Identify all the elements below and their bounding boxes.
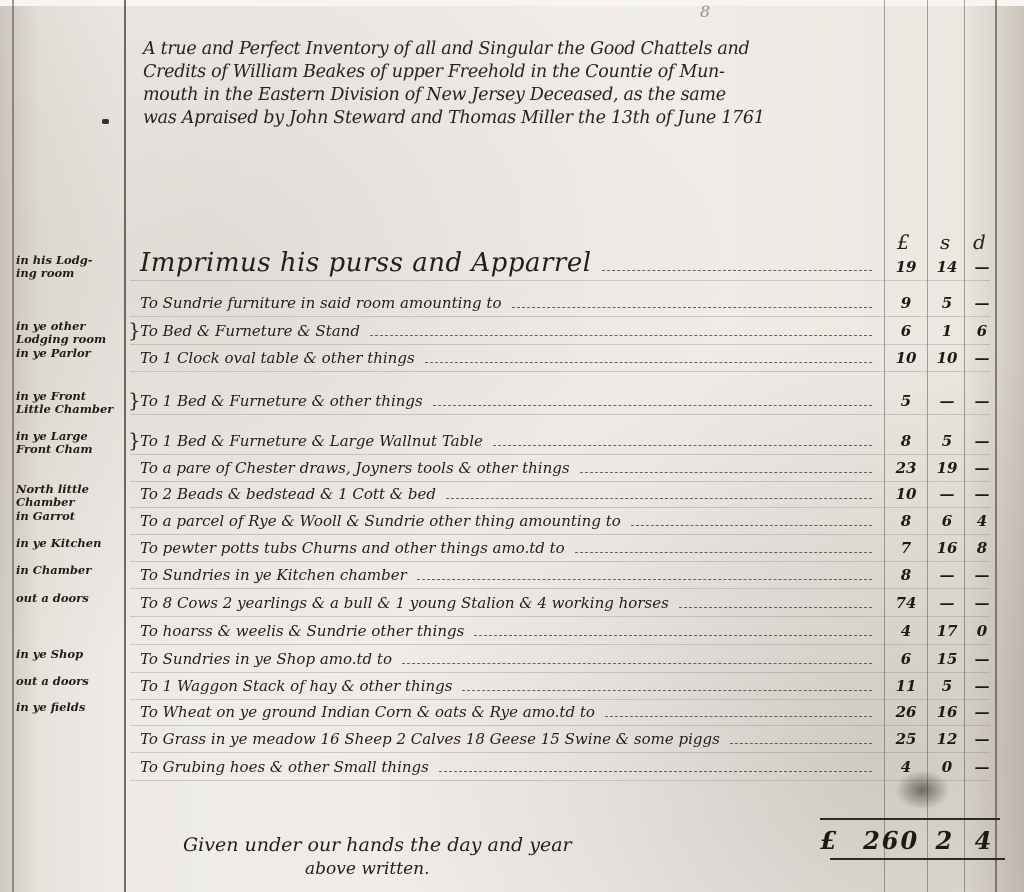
item-text: To a pare of Chester draws, Joyners tool… bbox=[140, 459, 570, 477]
ruled-line bbox=[130, 481, 990, 482]
ruled-line bbox=[130, 316, 990, 317]
amount-shillings: 17 bbox=[928, 622, 966, 640]
heading-line-1: A true and Perfect Inventory of all and … bbox=[143, 38, 993, 61]
total-currency-symbol: £ bbox=[820, 826, 839, 855]
room-label: in Chamber bbox=[16, 564, 128, 577]
room-label-line-1: out a doors bbox=[16, 592, 128, 605]
item-description: To 2 Beads & bedstead & 1 Cott & bed bbox=[140, 485, 880, 503]
ruled-line bbox=[130, 280, 990, 281]
item-description: To Bed & Furneture & Stand bbox=[140, 322, 880, 340]
room-label: in ye Kitchen bbox=[16, 537, 128, 550]
item-text: To 1 Bed & Furneture & Large Wallnut Tab… bbox=[140, 432, 483, 450]
inventory-row: To a pare of Chester draws, Joyners tool… bbox=[0, 459, 1024, 485]
amount-pence: 6 bbox=[967, 322, 997, 340]
leader-dashes bbox=[439, 771, 872, 772]
amount-pounds: 8 bbox=[885, 512, 927, 530]
amount-shillings: — bbox=[928, 485, 966, 503]
amount-shillings: 12 bbox=[928, 730, 966, 748]
item-text: Imprimus his purss and Apparrel bbox=[140, 248, 592, 278]
leader-dashes bbox=[474, 635, 872, 636]
inventory-row: out a doorsTo 8 Cows 2 yearlings & a bul… bbox=[0, 594, 1024, 620]
brace-mark: } bbox=[128, 388, 141, 412]
room-label-line-1: in ye Kitchen bbox=[16, 537, 128, 550]
amount-pounds: 4 bbox=[885, 622, 927, 640]
inventory-page-scan: 8 A true and Perfect Inventory of all an… bbox=[0, 0, 1024, 892]
amount-shillings: 16 bbox=[928, 539, 966, 557]
amount-shillings: 5 bbox=[928, 432, 966, 450]
amount-pounds: 8 bbox=[885, 432, 927, 450]
room-label-line-1: in ye Parlor bbox=[16, 347, 128, 360]
total-rule-top bbox=[820, 818, 1000, 820]
attestation-line-2: above written. bbox=[183, 857, 572, 881]
item-description: To Wheat on ye ground Indian Corn & oats… bbox=[140, 703, 880, 721]
leader-dashes bbox=[417, 579, 872, 580]
leader-dashes bbox=[446, 498, 872, 499]
ruled-line bbox=[130, 725, 990, 726]
room-label: out a doors bbox=[16, 592, 128, 605]
margin-ink-mark bbox=[102, 119, 109, 124]
amount-pounds: 9 bbox=[885, 294, 927, 312]
amount-pence: — bbox=[967, 392, 997, 410]
item-description: To 1 Bed & Furneture & other things bbox=[140, 392, 880, 410]
total-pounds: 260 bbox=[863, 826, 919, 855]
item-description: To hoarss & weelis & Sundrie other thing… bbox=[140, 622, 880, 640]
amount-pence: — bbox=[967, 677, 997, 695]
item-text: To Wheat on ye ground Indian Corn & oats… bbox=[140, 703, 595, 721]
amount-pence: — bbox=[967, 258, 997, 276]
room-label: in ye Parlor bbox=[16, 347, 128, 360]
ruled-line bbox=[130, 644, 990, 645]
item-text: To pewter potts tubs Churns and other th… bbox=[140, 539, 565, 557]
amount-shillings: 6 bbox=[928, 512, 966, 530]
room-label-line-2: Lodging room bbox=[16, 333, 128, 346]
room-label-line-2: ing room bbox=[16, 267, 128, 280]
amount-shillings: 5 bbox=[928, 294, 966, 312]
paper-top-edge bbox=[0, 0, 1024, 6]
item-text: To 1 Waggon Stack of hay & other things bbox=[140, 677, 452, 695]
inventory-row: North littleChamberTo 2 Beads & bedstead… bbox=[0, 485, 1024, 511]
inventory-row: To Sundrie furniture in said room amount… bbox=[0, 294, 1024, 320]
ruled-line bbox=[130, 344, 990, 345]
item-text: To 2 Beads & bedstead & 1 Cott & bed bbox=[140, 485, 436, 503]
ruled-line bbox=[130, 752, 990, 753]
room-label-line-1: out a doors bbox=[16, 675, 128, 688]
leader-dashes bbox=[602, 270, 872, 271]
amount-pence: — bbox=[967, 566, 997, 584]
leader-dashes bbox=[580, 472, 872, 473]
ruled-line bbox=[130, 371, 990, 372]
inventory-row: in GarrotTo a parcel of Rye & Wooll & Su… bbox=[0, 512, 1024, 538]
ruled-line bbox=[130, 507, 990, 508]
room-label-line-1: in Garrot bbox=[16, 510, 128, 523]
item-description: To Sundries in ye Kitchen chamber bbox=[140, 566, 880, 584]
inventory-row: in ye fieldsTo Wheat on ye ground Indian… bbox=[0, 703, 1024, 729]
ruled-line bbox=[130, 780, 990, 781]
amount-shillings: 15 bbox=[928, 650, 966, 668]
inventory-row: out a doorsTo 1 Waggon Stack of hay & ot… bbox=[0, 677, 1024, 703]
heading-line-2: Credits of William Beakes of upper Freeh… bbox=[143, 61, 993, 84]
item-description: To 8 Cows 2 yearlings & a bull & 1 young… bbox=[140, 594, 880, 612]
inventory-row: in ye ShopTo Sundries in ye Shop amo.td … bbox=[0, 650, 1024, 676]
amount-pounds: 26 bbox=[885, 703, 927, 721]
amount-pounds: 6 bbox=[885, 322, 927, 340]
amount-pence: 0 bbox=[967, 622, 997, 640]
inventory-row: To hoarss & weelis & Sundrie other thing… bbox=[0, 622, 1024, 648]
amount-pounds: 10 bbox=[885, 349, 927, 367]
ruled-line bbox=[130, 534, 990, 535]
heading-line-3: mouth in the Eastern Division of New Jer… bbox=[143, 84, 993, 107]
ruled-line bbox=[130, 454, 990, 455]
ruled-line bbox=[130, 699, 990, 700]
item-text: To Grubing hoes & other Small things bbox=[140, 758, 429, 776]
inventory-row: in ye ParlorTo 1 Clock oval table & othe… bbox=[0, 349, 1024, 375]
room-label: in ye Shop bbox=[16, 648, 128, 661]
item-text: To 8 Cows 2 yearlings & a bull & 1 young… bbox=[140, 594, 669, 612]
heading-line-4: was Apraised by John Steward and Thomas … bbox=[143, 107, 993, 130]
amount-pounds: 10 bbox=[885, 485, 927, 503]
inventory-row: in ye KitchenTo pewter potts tubs Churns… bbox=[0, 539, 1024, 565]
leader-dashes bbox=[493, 445, 872, 446]
leader-dashes bbox=[605, 716, 872, 717]
total-rule-bottom bbox=[830, 858, 1005, 860]
amount-pence: — bbox=[967, 349, 997, 367]
brace-mark: } bbox=[128, 318, 141, 342]
item-description: To a pare of Chester draws, Joyners tool… bbox=[140, 459, 880, 477]
page-corner-mark: 8 bbox=[700, 2, 710, 21]
room-label-line-2: Front Cham bbox=[16, 443, 128, 456]
amount-pounds: 25 bbox=[885, 730, 927, 748]
room-label-line-1: in ye fields bbox=[16, 701, 128, 714]
inventory-row: To Grass in ye meadow 16 Sheep 2 Calves … bbox=[0, 730, 1024, 756]
pounds-header: £ bbox=[897, 230, 910, 254]
amount-pence: — bbox=[967, 294, 997, 312]
item-text: To Sundries in ye Shop amo.td to bbox=[140, 650, 392, 668]
grand-total: £ 260 2 4 bbox=[820, 826, 993, 855]
room-label: in Garrot bbox=[16, 510, 128, 523]
ruled-line bbox=[130, 616, 990, 617]
amount-pounds: 8 bbox=[885, 566, 927, 584]
room-label-line-1: in ye Shop bbox=[16, 648, 128, 661]
amount-pounds: 5 bbox=[885, 392, 927, 410]
amount-shillings: 16 bbox=[928, 703, 966, 721]
pence-header: d bbox=[973, 230, 986, 254]
item-description: To Grubing hoes & other Small things bbox=[140, 758, 880, 776]
item-text: To a parcel of Rye & Wooll & Sundrie oth… bbox=[140, 512, 621, 530]
inventory-row: in ye FrontLittle Chamber}To 1 Bed & Fur… bbox=[0, 392, 1024, 418]
leader-dashes bbox=[575, 552, 872, 553]
document-heading: A true and Perfect Inventory of all and … bbox=[143, 38, 993, 130]
room-label-line-1: in Chamber bbox=[16, 564, 128, 577]
inventory-row: in ChamberTo Sundries in ye Kitchen cham… bbox=[0, 566, 1024, 592]
total-shillings: 2 bbox=[936, 826, 955, 855]
item-text: To Bed & Furneture & Stand bbox=[140, 322, 360, 340]
item-description: To 1 Clock oval table & other things bbox=[140, 349, 880, 367]
amount-shillings: — bbox=[928, 392, 966, 410]
amount-shillings: 10 bbox=[928, 349, 966, 367]
amount-pence: — bbox=[967, 703, 997, 721]
leader-dashes bbox=[730, 743, 872, 744]
amount-pence: — bbox=[967, 485, 997, 503]
room-label: in ye LargeFront Cham bbox=[16, 430, 128, 456]
inventory-row: in his Lodg-ing roomImprimus his purss a… bbox=[0, 258, 1024, 284]
ruled-line bbox=[130, 672, 990, 673]
ruled-line bbox=[130, 588, 990, 589]
inventory-row: To Grubing hoes & other Small things40— bbox=[0, 758, 1024, 784]
amount-shillings: 1 bbox=[928, 322, 966, 340]
amount-pence: — bbox=[967, 432, 997, 450]
amount-pence: 4 bbox=[967, 512, 997, 530]
room-label: out a doors bbox=[16, 675, 128, 688]
shillings-header: s bbox=[940, 230, 950, 254]
amount-pence: — bbox=[967, 459, 997, 477]
leader-dashes bbox=[462, 690, 872, 691]
item-text: To Sundrie furniture in said room amount… bbox=[140, 294, 502, 312]
room-label-line-2: Little Chamber bbox=[16, 403, 128, 416]
leader-dashes bbox=[433, 405, 872, 406]
item-text: To 1 Clock oval table & other things bbox=[140, 349, 415, 367]
amount-pounds: 74 bbox=[885, 594, 927, 612]
brace-mark: } bbox=[128, 428, 141, 452]
inventory-row: in ye LargeFront Cham}To 1 Bed & Furnetu… bbox=[0, 432, 1024, 458]
amount-pounds: 6 bbox=[885, 650, 927, 668]
total-pence: 4 bbox=[975, 826, 994, 855]
room-label: North littleChamber bbox=[16, 483, 128, 509]
room-label: in ye FrontLittle Chamber bbox=[16, 390, 128, 416]
item-description: To Sundries in ye Shop amo.td to bbox=[140, 650, 880, 668]
amount-shillings: 19 bbox=[928, 459, 966, 477]
item-text: To hoarss & weelis & Sundrie other thing… bbox=[140, 622, 464, 640]
attestation: Given under our hands the day and year a… bbox=[183, 833, 572, 881]
room-label: in ye otherLodging room bbox=[16, 320, 128, 346]
ruled-line bbox=[130, 561, 990, 562]
item-text: To Sundries in ye Kitchen chamber bbox=[140, 566, 407, 584]
amount-pence: — bbox=[967, 650, 997, 668]
inventory-row: in ye otherLodging room}To Bed & Furnetu… bbox=[0, 322, 1024, 348]
amount-pounds: 7 bbox=[885, 539, 927, 557]
ink-blot bbox=[895, 770, 950, 810]
leader-dashes bbox=[370, 335, 872, 336]
item-description: To a parcel of Rye & Wooll & Sundrie oth… bbox=[140, 512, 880, 530]
room-label: in ye fields bbox=[16, 701, 128, 714]
amount-pounds: 19 bbox=[885, 258, 927, 276]
leader-dashes bbox=[679, 607, 872, 608]
item-description: To 1 Bed & Furneture & Large Wallnut Tab… bbox=[140, 432, 880, 450]
ruled-line bbox=[130, 414, 990, 415]
amount-pence: — bbox=[967, 758, 997, 776]
leader-dashes bbox=[512, 307, 873, 308]
leader-dashes bbox=[402, 663, 872, 664]
amount-shillings: 5 bbox=[928, 677, 966, 695]
item-text: To Grass in ye meadow 16 Sheep 2 Calves … bbox=[140, 730, 720, 748]
amount-pounds: 23 bbox=[885, 459, 927, 477]
item-description: To Sundrie furniture in said room amount… bbox=[140, 294, 880, 312]
amount-shillings: 14 bbox=[928, 258, 966, 276]
item-text: To 1 Bed & Furneture & other things bbox=[140, 392, 423, 410]
leader-dashes bbox=[631, 525, 872, 526]
amount-shillings: — bbox=[928, 594, 966, 612]
leader-dashes bbox=[425, 362, 872, 363]
item-description: To Grass in ye meadow 16 Sheep 2 Calves … bbox=[140, 730, 880, 748]
item-description: To 1 Waggon Stack of hay & other things bbox=[140, 677, 880, 695]
amount-shillings: — bbox=[928, 566, 966, 584]
item-description: Imprimus his purss and Apparrel bbox=[140, 248, 880, 278]
attestation-line-1: Given under our hands the day and year bbox=[183, 833, 572, 857]
amount-pence: — bbox=[967, 730, 997, 748]
item-description: To pewter potts tubs Churns and other th… bbox=[140, 539, 880, 557]
amount-pence: 8 bbox=[967, 539, 997, 557]
room-label-line-2: Chamber bbox=[16, 496, 128, 509]
amount-pence: — bbox=[967, 594, 997, 612]
room-label: in his Lodg-ing room bbox=[16, 254, 128, 280]
amount-pounds: 11 bbox=[885, 677, 927, 695]
